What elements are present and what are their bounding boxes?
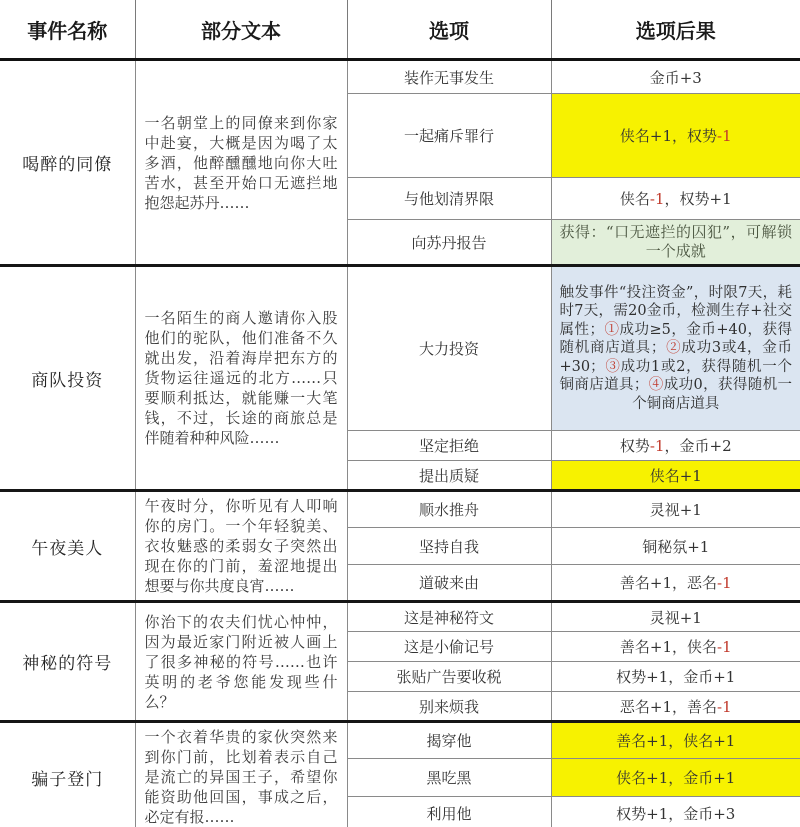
- option-row: 骗子登门一个衣着华贵的家伙突然来到你门前，比划着表示自己是流亡的异国王子，希望你…: [0, 722, 800, 759]
- option-label-cell: 大力投资: [347, 266, 551, 431]
- option-label-cell: 这是神秘符文: [347, 602, 551, 632]
- highlighted-value: -1: [717, 698, 732, 716]
- event-text-cell: 一个衣着华贵的家伙突然来到你门前，比划着表示自己是流亡的异国王子，希望你能资助他…: [135, 722, 347, 827]
- events-table: 事件名称 部分文本 选项 选项后果 喝醉的同僚一名朝堂上的同僚来到你家中赴宴，大…: [0, 0, 800, 827]
- header-option: 选项: [347, 0, 551, 60]
- option-label-cell: 装作无事发生: [347, 60, 551, 94]
- option-result-cell: 获得：“口无遮拦的囚犯”，可解锁一个成就: [551, 220, 800, 266]
- event-name-cell: 骗子登门: [0, 722, 135, 827]
- highlighted-value: -1: [717, 127, 732, 145]
- option-row: 神秘的符号你治下的农夫们忧心忡忡，因为最近家门附近被人画上了很多神秘的符号……也…: [0, 602, 800, 632]
- header-result: 选项后果: [551, 0, 800, 60]
- highlighted-value: ③: [605, 359, 621, 375]
- option-label-cell: 张贴广告要收税: [347, 662, 551, 692]
- event-text-cell: 一名朝堂上的同僚来到你家中赴宴，大概是因为喝了太多酒，他醉醺醺地向你大吐苦水，甚…: [135, 60, 347, 266]
- option-result-cell: 权势+1，金币+3: [551, 796, 800, 827]
- event-name-cell: 午夜美人: [0, 491, 135, 602]
- option-label-cell: 提出质疑: [347, 461, 551, 491]
- option-label-cell: 向苏丹报告: [347, 220, 551, 266]
- option-label-cell: 道破来由: [347, 565, 551, 602]
- option-result-cell: 金币+3: [551, 60, 800, 94]
- option-label-cell: 一起痛斥罪行: [347, 94, 551, 178]
- highlighted-value: -1: [717, 638, 732, 656]
- highlighted-value: -1: [717, 574, 732, 592]
- header-row: 事件名称 部分文本 选项 选项后果: [0, 0, 800, 60]
- option-result-cell: 侠名+1，权势-1: [551, 94, 800, 178]
- page: 事件名称 部分文本 选项 选项后果 喝醉的同僚一名朝堂上的同僚来到你家中赴宴，大…: [0, 0, 800, 827]
- option-result-cell: 铜秘氛+1: [551, 528, 800, 565]
- event-text-cell: 午夜时分，你听见有人叩响你的房门。一个年轻貌美、衣妆魅惑的柔弱女子突然出现在你的…: [135, 491, 347, 602]
- option-label-cell: 这是小偷记号: [347, 632, 551, 662]
- option-result-cell: 侠名+1，金币+1: [551, 759, 800, 796]
- event-text-cell: 你治下的农夫们忧心忡忡，因为最近家门附近被人画上了很多神秘的符号……也许英明的老…: [135, 602, 347, 722]
- option-result-cell: 侠名+1: [551, 461, 800, 491]
- option-label-cell: 黑吃黑: [347, 759, 551, 796]
- option-row: 喝醉的同僚一名朝堂上的同僚来到你家中赴宴，大概是因为喝了太多酒，他醉醺醺地向你大…: [0, 60, 800, 94]
- option-result-cell: 触发事件“投注资金”，时限7天，耗时7天，需20金币，检测生存+社交属性；①成功…: [551, 266, 800, 431]
- option-label-cell: 坚持自我: [347, 528, 551, 565]
- option-result-cell: 侠名-1，权势+1: [551, 178, 800, 220]
- highlighted-value: ④: [648, 377, 663, 393]
- option-result-cell: 灵视+1: [551, 602, 800, 632]
- option-label-cell: 坚定拒绝: [347, 431, 551, 461]
- option-label-cell: 顺水推舟: [347, 491, 551, 528]
- option-result-cell: 善名+1，恶名-1: [551, 565, 800, 602]
- option-label-cell: 别来烦我: [347, 692, 551, 722]
- option-result-cell: 权势-1，金币+2: [551, 431, 800, 461]
- highlighted-value: -1: [650, 190, 665, 208]
- highlighted-value: ①: [604, 322, 620, 338]
- event-name-cell: 商队投资: [0, 266, 135, 491]
- table-body: 喝醉的同僚一名朝堂上的同僚来到你家中赴宴，大概是因为喝了太多酒，他醉醺醺地向你大…: [0, 60, 800, 827]
- option-result-cell: 灵视+1: [551, 491, 800, 528]
- event-name-cell: 神秘的符号: [0, 602, 135, 722]
- option-row: 午夜美人午夜时分，你听见有人叩响你的房门。一个年轻貌美、衣妆魅惑的柔弱女子突然出…: [0, 491, 800, 528]
- highlighted-value: ②: [665, 340, 681, 356]
- option-label-cell: 与他划清界限: [347, 178, 551, 220]
- table-header: 事件名称 部分文本 选项 选项后果: [0, 0, 800, 60]
- option-label-cell: 利用他: [347, 796, 551, 827]
- header-event-text: 部分文本: [135, 0, 347, 60]
- option-result-cell: 善名+1，侠名+1: [551, 722, 800, 759]
- option-row: 商队投资一名陌生的商人邀请你入股他们的驼队，他们准备不久就出发，沿着海岸把东方的…: [0, 266, 800, 431]
- header-event-name: 事件名称: [0, 0, 135, 60]
- option-result-cell: 权势+1，金币+1: [551, 662, 800, 692]
- option-result-cell: 恶名+1，善名-1: [551, 692, 800, 722]
- option-result-cell: 善名+1，侠名-1: [551, 632, 800, 662]
- highlighted-value: -1: [650, 437, 665, 455]
- option-label-cell: 揭穿他: [347, 722, 551, 759]
- event-text-cell: 一名陌生的商人邀请你入股他们的驼队，他们准备不久就出发，沿着海岸把东方的货物运往…: [135, 266, 347, 491]
- event-name-cell: 喝醉的同僚: [0, 60, 135, 266]
